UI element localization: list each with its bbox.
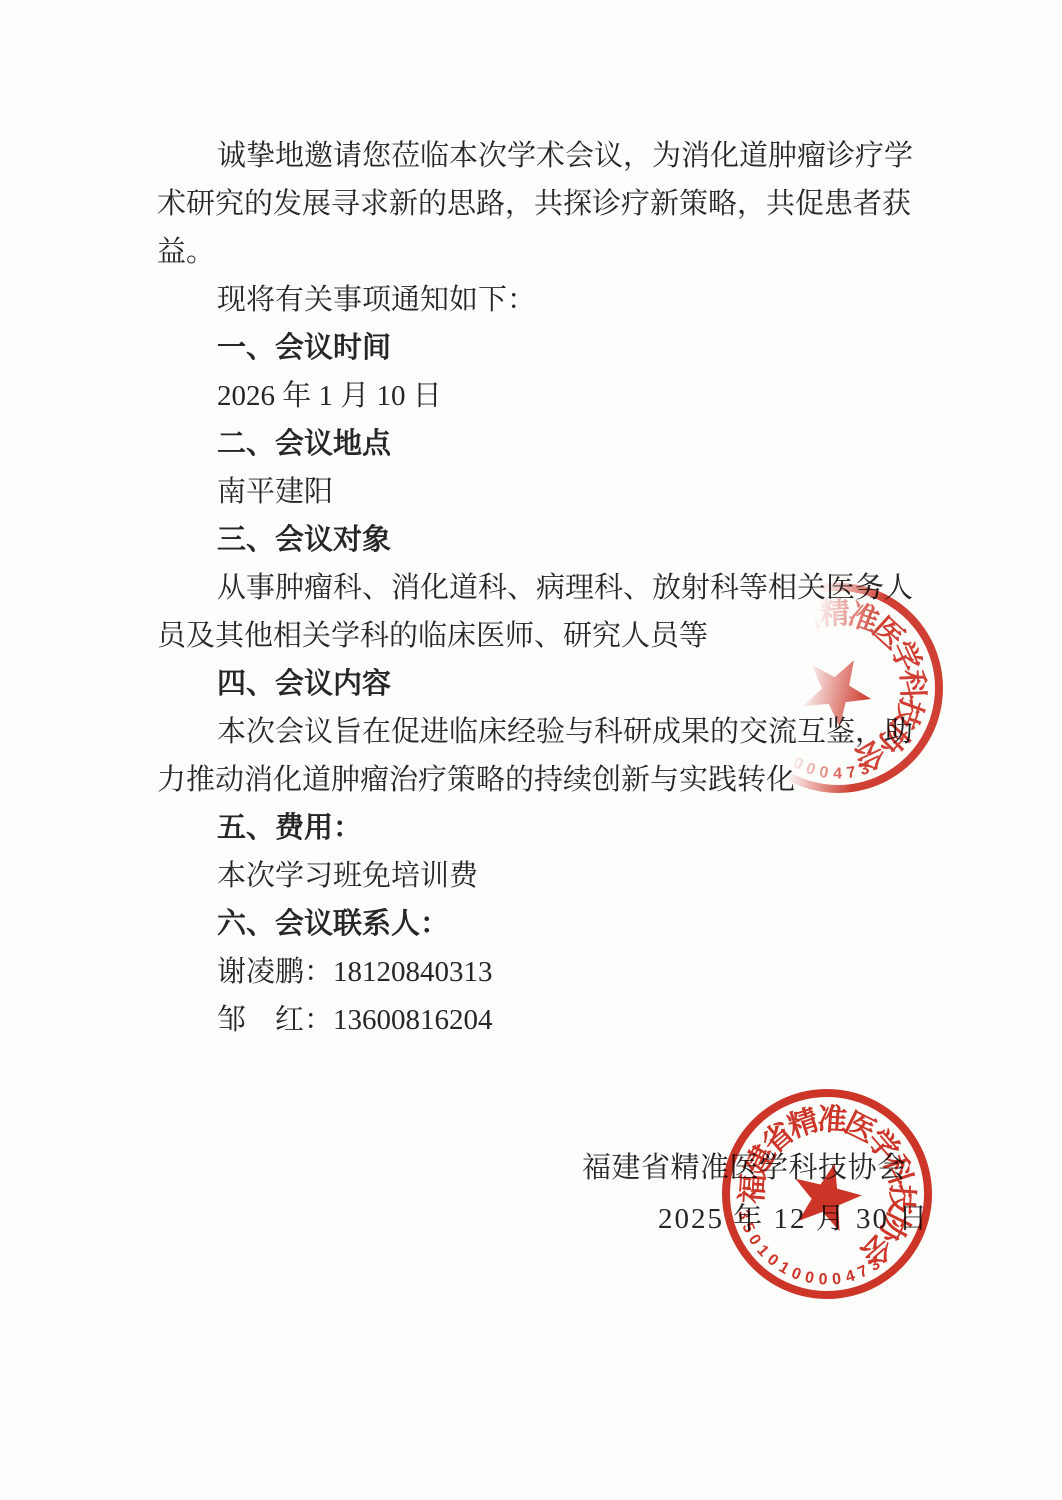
seal-arc-char: 福: [748, 643, 789, 682]
seal-serial-digit: 4: [844, 1267, 857, 1286]
heading-meeting-place: 二、会议地点: [157, 426, 391, 462]
seal-arc-char: 建: [761, 616, 806, 660]
seal-serial-digit: 0: [818, 1271, 828, 1288]
paragraph-notice-intro: 现将有关事项通知如下：: [157, 282, 536, 318]
seal-serial-digit: 3: [743, 680, 760, 690]
content-line2: 力推动消化道肿瘤治疗策略的持续创新与实践转化: [157, 762, 795, 798]
seal-svg: 福建省精准医学科技协会3501010000473: [694, 1061, 961, 1328]
fee-value: 本次学习班免培训费: [157, 858, 478, 894]
heading-meeting-time: 一、会议时间: [157, 330, 391, 366]
seal-arc-char: 科: [895, 669, 930, 700]
seal-serial-digit: 7: [845, 764, 856, 782]
seal-serial-digit: 3: [867, 1256, 884, 1275]
audience-line1: 从事肿瘤科、消化道科、病理科、放射科等相关医务人: [157, 570, 913, 606]
seal-serial-digit: 0: [803, 1269, 815, 1287]
seal-arc-char: 精: [784, 1103, 823, 1144]
heading-meeting-content: 四、会议内容: [157, 666, 391, 702]
seal-serial-digit: 0: [764, 1251, 782, 1270]
seal-arc-char: 省: [786, 600, 827, 643]
seal-serial-digit: 0: [831, 1271, 842, 1289]
contact-phone-1: 谢凌鹏：18120840313: [157, 954, 493, 990]
seal-serial-digit: 0: [789, 1265, 803, 1284]
seal-serial-digit: 3: [858, 760, 872, 779]
seal-serial-digit: 1: [753, 1242, 772, 1260]
seal-serial-digit: 0: [818, 764, 830, 782]
official-seal-stamp: 福建省精准医学科技协会3501010000473: [717, 1084, 937, 1304]
signature-date: 2025 年 12 月 30 日: [658, 1201, 929, 1237]
seal-serial-digit: 1: [776, 1259, 792, 1278]
seal-serial-digit: 7: [855, 1262, 870, 1281]
document-page: 诚挚地邀请您莅临本次学术会议，为消化道肿瘤诊疗学 术研究的发展寻求新的思路，共探…: [0, 0, 1062, 1500]
contact-phone-2: 邹 红：13600816204: [157, 1002, 493, 1038]
content-line1: 本次会议旨在促进临床经验与科研成果的交流互鉴，助: [157, 714, 913, 750]
seal-arc-char: 医: [839, 1106, 881, 1149]
meeting-date-value: 2026 年 1 月 10 日: [157, 378, 442, 414]
seal-border: [705, 1072, 950, 1317]
seal-arc-text: 福建省精准医学科技协会3501010000473: [715, 1082, 938, 1308]
paragraph-invitation-line2: 术研究的发展寻求新的思路，共探诊疗新策略，共促患者获: [157, 186, 911, 222]
seal-arc-char: 学: [884, 636, 927, 677]
seal-arc-char: 医: [866, 611, 910, 656]
heading-meeting-audience: 三、会议对象: [157, 522, 391, 558]
seal-serial-digit: 4: [833, 765, 842, 782]
seal-serial-digit: 0: [804, 760, 818, 779]
signature-organization: 福建省精准医学科技协会: [582, 1150, 907, 1186]
heading-fee: 五、费用：: [157, 810, 362, 846]
meeting-place-value: 南平建阳: [157, 474, 333, 510]
seal-serial-digit: 5: [744, 693, 762, 704]
paragraph-invitation-line3: 益。: [157, 234, 215, 270]
audience-line2: 员及其他相关学科的临床医师、研究人员等: [157, 618, 708, 654]
seal-arc-char: 准: [816, 1102, 848, 1138]
heading-contacts: 六、会议联系人：: [157, 906, 449, 942]
paragraph-invitation-line1: 诚挚地邀请您莅临本次学术会议，为消化道肿瘤诊疗学: [157, 138, 913, 174]
